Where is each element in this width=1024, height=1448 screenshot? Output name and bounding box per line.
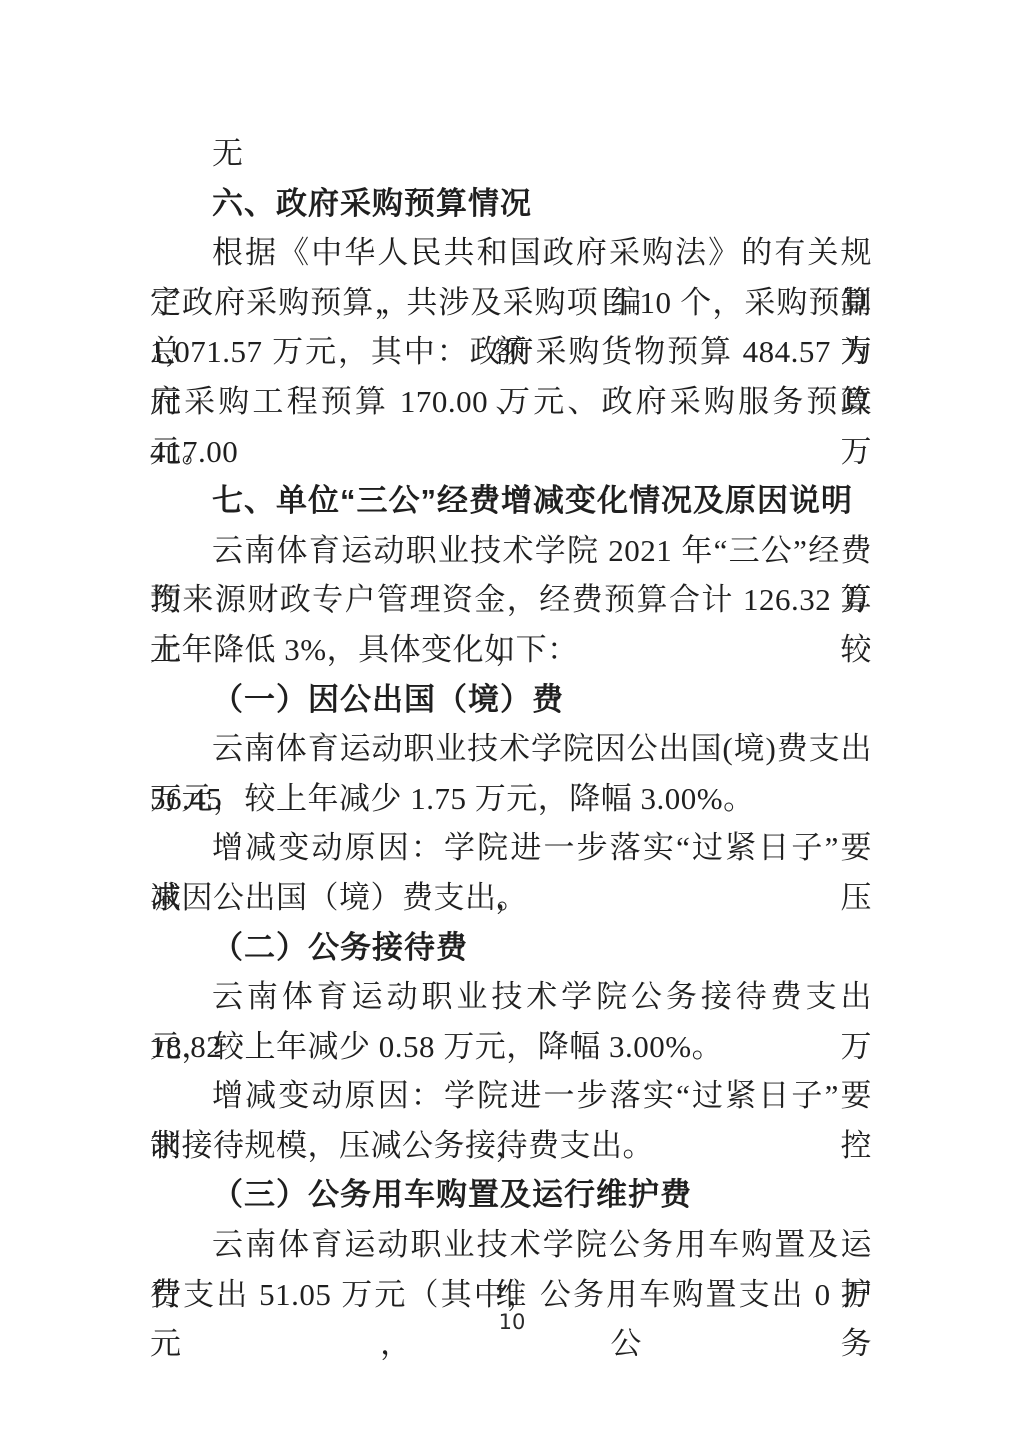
body-text-line: 云南体育运动职业技术学院 2021 年“三公”经费预算 [150,526,872,576]
body-text-line: 府采购工程预算 170.00 万元、政府采购服务预算 417.00 万 [150,377,872,427]
body-text-line: 了政府采购预算，共涉及采购项目 10 个，采购预算总额为 [150,278,872,328]
section-heading: （二）公务接待费 [150,923,872,973]
body-text-line: 云南体育运动职业技术学院因公出国(境)费支出 56.45 [150,724,872,774]
body-text-line: 云南体育运动职业技术学院公务接待费支出 18.82 万 [150,972,872,1022]
body-text-line: 云南体育运动职业技术学院公务用车购置及运行维护 [150,1220,872,1270]
section-heading: 七、单位“三公”经费增减变化情况及原因说明 [150,476,872,526]
body-text-line: 1,071.57 万元，其中：政府采购货物预算 484.57 万元、政 [150,327,872,377]
body-text-line: 增减变动原因：学院进一步落实“过紧日子”要求，压 [150,823,872,873]
section-heading: 六、政府采购预算情况 [150,179,872,229]
document-body: 无六、政府采购预算情况根据《中华人民共和国政府采购法》的有关规定，编制了政府采购… [150,129,872,1319]
body-text-line: 无 [150,129,872,179]
section-heading: （三）公务用车购置及运行维护费 [150,1170,872,1220]
body-text-line: 增减变动原因：学院进一步落实“过紧日子”要求，控 [150,1071,872,1121]
document-page: 无六、政府采购预算情况根据《中华人民共和国政府采购法》的有关规定，编制了政府采购… [0,0,1024,1448]
section-heading: （一）因公出国（境）费 [150,675,872,725]
body-text-line: 根据《中华人民共和国政府采购法》的有关规定，编制 [150,228,872,278]
body-text-line: 均来源财政专户管理资金，经费预算合计 126.32 万元，较 [150,575,872,625]
page-number: 10 [0,1310,1024,1334]
body-text-line: 万元，较上年减少 1.75 万元，降幅 3.00%。 [150,774,872,824]
